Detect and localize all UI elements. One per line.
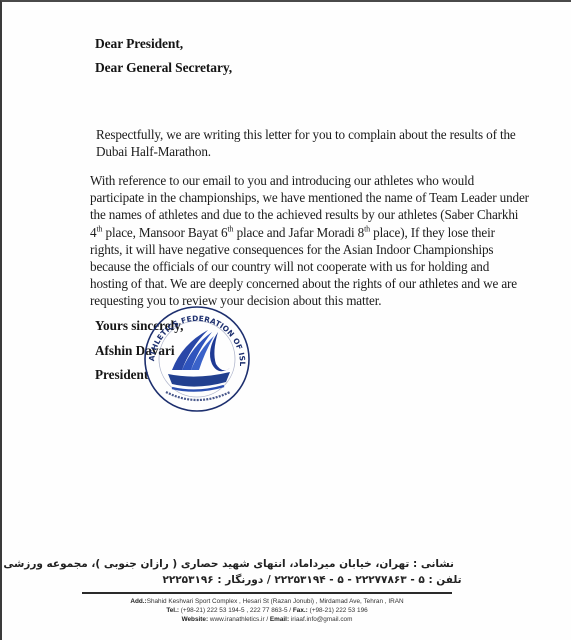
website-label: Website: [182, 616, 209, 623]
body-text-part: place, Mansoor Bayat 6 [102, 225, 227, 240]
fax-label: Fax.: [293, 607, 308, 614]
letter-paragraph-body: With reference to our email to you and i… [90, 172, 530, 310]
email-label: Email: [270, 616, 289, 623]
website-link[interactable]: www.iranathletics.ir / [210, 616, 268, 623]
tel-label: Tel.: [166, 607, 179, 614]
footer-persian-address: نشانی : تهران، خیابان میرداماد، انتهای ش… [114, 558, 454, 570]
signatory-title: President [95, 367, 148, 383]
address-value: Shahid Keshvari Sport Complex , Hesari S… [147, 598, 404, 605]
scanned-letter-page: Dear President, Dear General Secretary, … [0, 0, 571, 640]
address-label: Add.: [130, 598, 146, 605]
footer-divider [82, 592, 452, 594]
federation-seal-icon: ATHLETICS FEDERATION OF ISLAMIC REPUBLIC… [142, 304, 252, 414]
footer-english-address: Add.:Shahid Keshvari Sport Complex , Hes… [82, 598, 452, 605]
salutation-general-secretary: Dear General Secretary, [95, 60, 232, 76]
letter-paragraph-intro: Respectfully, we are writing this letter… [96, 126, 536, 160]
body-text-part: place and Jafar Moradi 8 [233, 225, 364, 240]
tel-value: (+98-21) 222 53 194-5 , 222 77 863-5 / [181, 607, 291, 614]
footer-contact-phone: Tel.: (+98-21) 222 53 194-5 , 222 77 863… [82, 607, 452, 614]
fax-value: (+98-21) 222 53 196 [310, 607, 368, 614]
footer-contact-web: Website: www.iranathletics.ir / Email: i… [82, 616, 452, 623]
email-link[interactable]: iriaaf.info@gmail.com [291, 616, 353, 623]
footer-persian-phone: تلفن : ۵ - ۲۲۲۷۷۸۶۳ - ۵ - ۲۲۲۵۳۱۹۴ / دور… [142, 574, 482, 586]
salutation-president: Dear President, [95, 36, 183, 52]
